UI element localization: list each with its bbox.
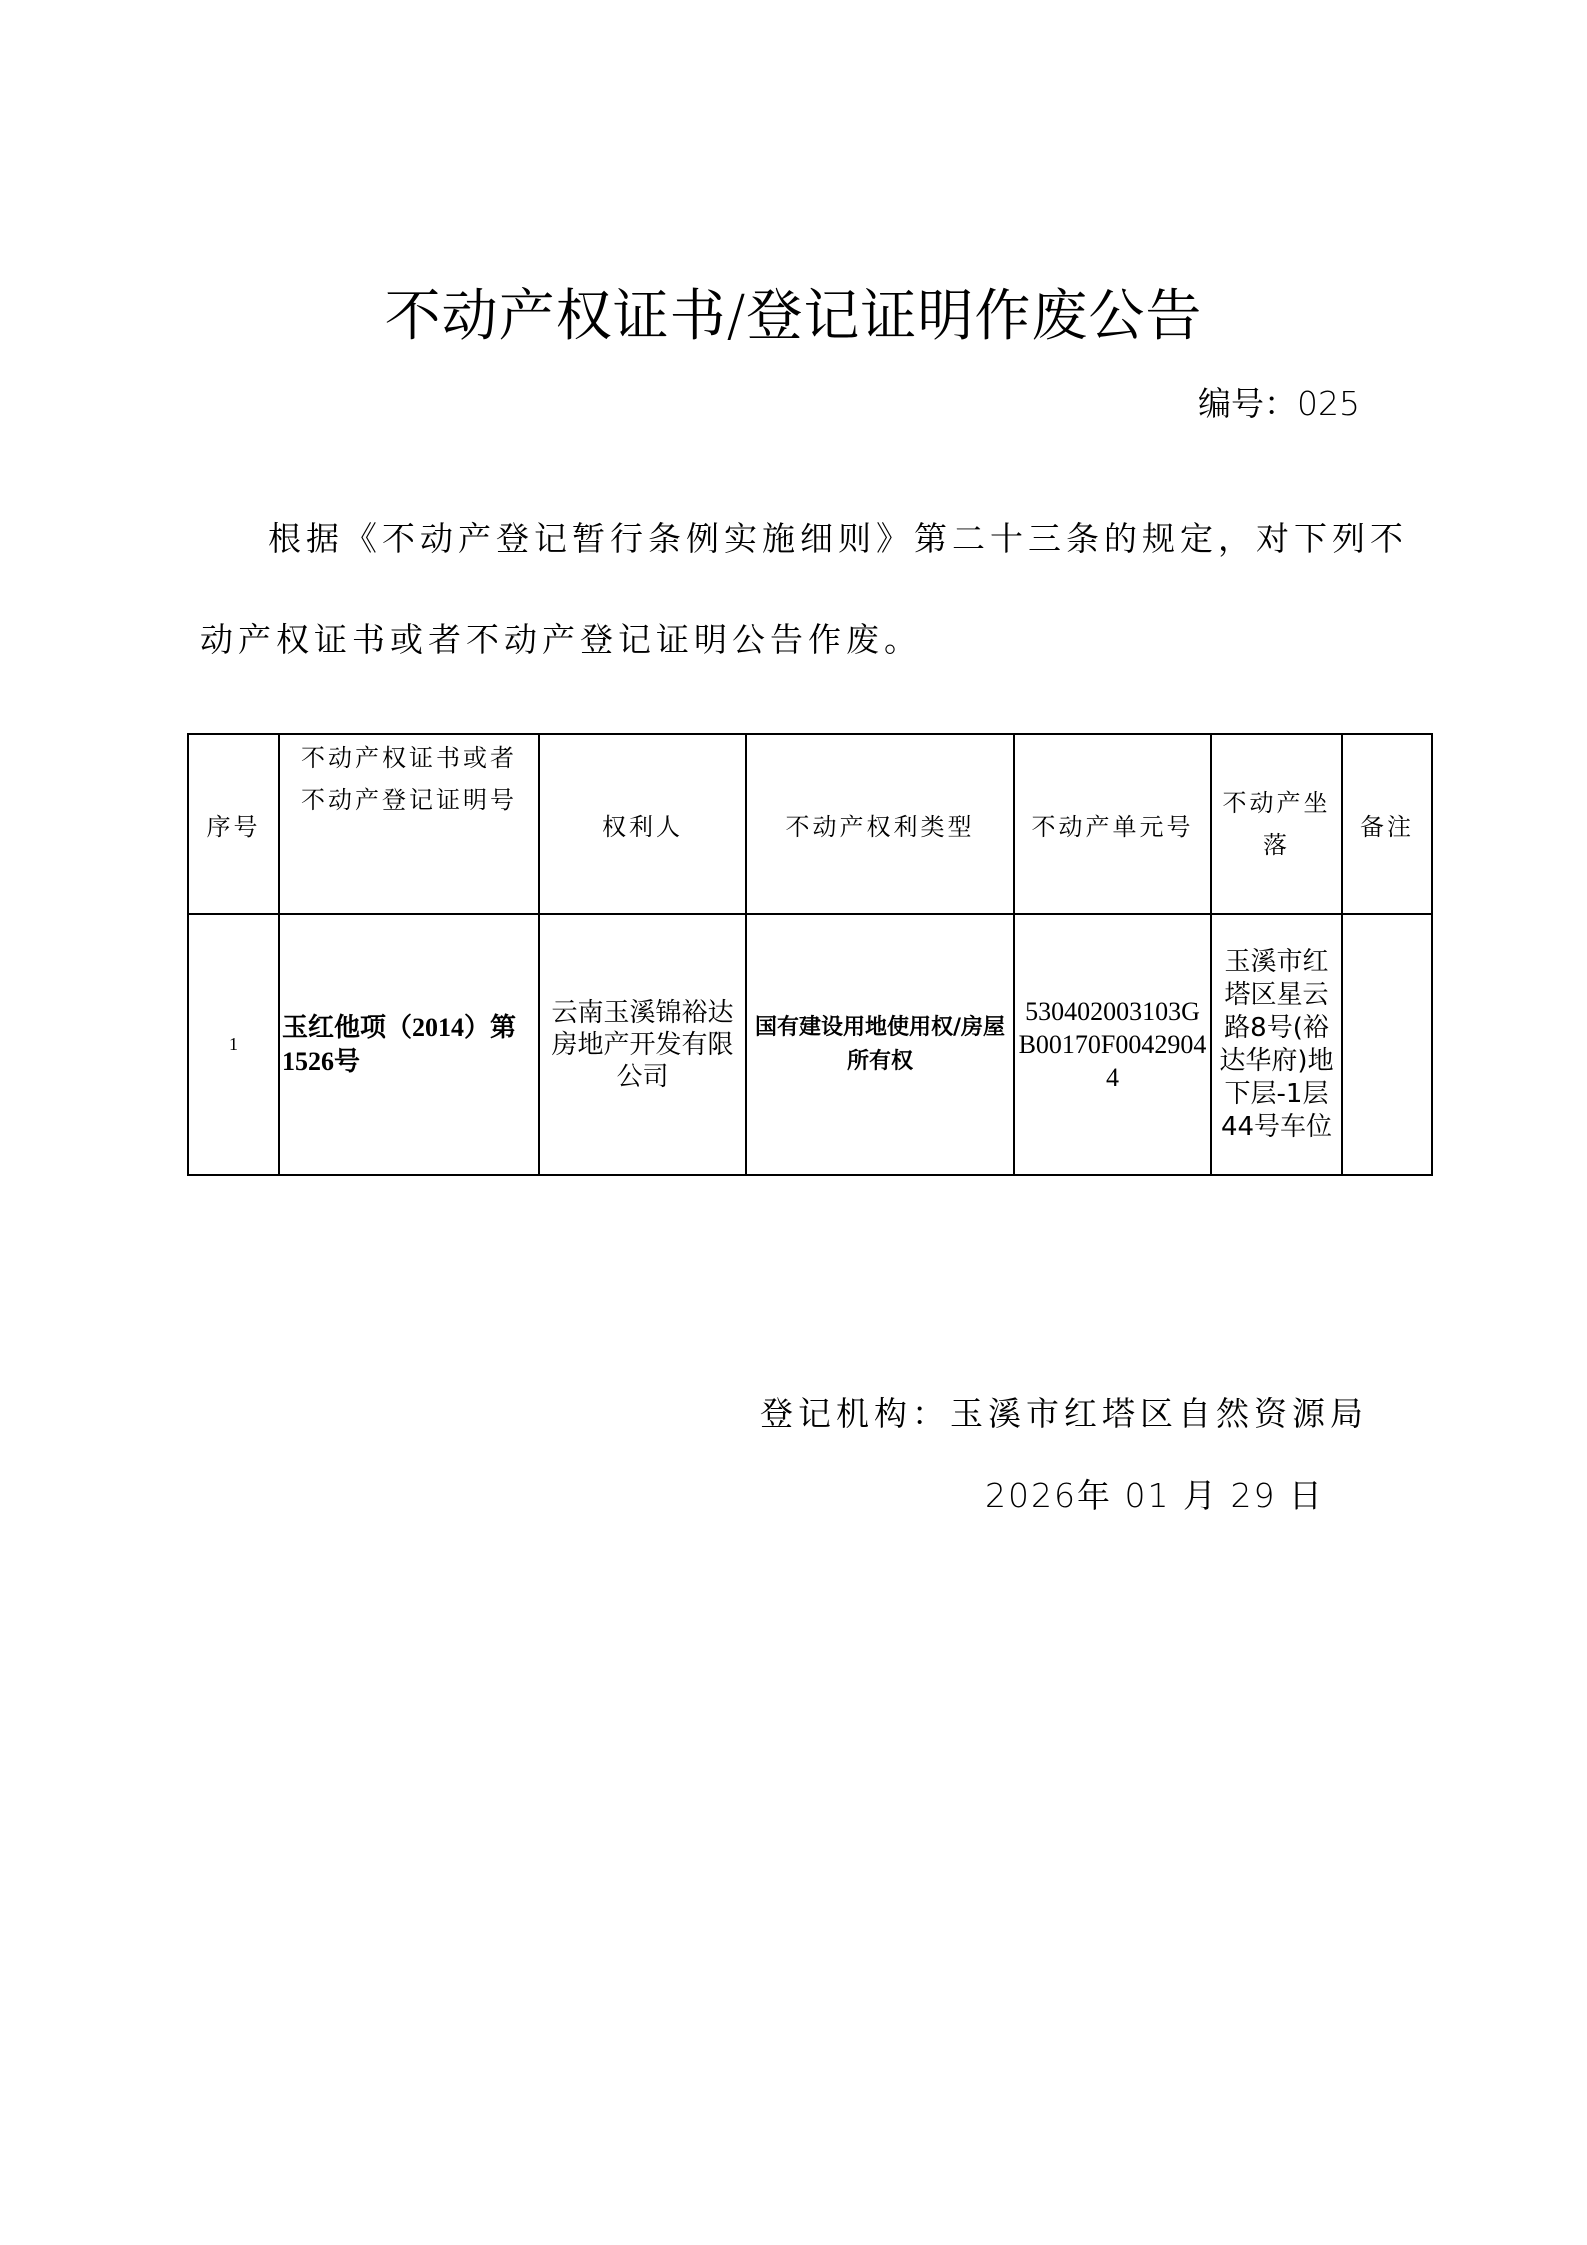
header-seq: 序号: [188, 734, 279, 914]
table-header-row: 序号 不动产权证书或者 不动产登记证明号 权利人 不动产权利类型 不动产单元号 …: [188, 734, 1432, 914]
cell-right-type: 国有建设用地使用权/房屋所有权: [746, 914, 1014, 1175]
cell-location: 玉溪市红塔区星云路8号(裕达华府)地下层-1层44号车位: [1211, 914, 1342, 1175]
document-number: 编号：025: [1198, 378, 1360, 425]
header-location-line2: 落: [1214, 824, 1339, 866]
registration-authority: 登记机构：玉溪市红塔区自然资源局: [760, 1388, 1368, 1435]
header-location-line1: 不动产坐: [1214, 782, 1339, 824]
header-right-type: 不动产权利类型: [746, 734, 1014, 914]
cell-holder: 云南玉溪锦裕达房地产开发有限公司: [539, 914, 746, 1175]
cell-cert-no: 玉红他项（2014）第1526号: [279, 914, 539, 1175]
page-title: 不动产权证书/登记证明作废公告: [0, 272, 1587, 352]
header-cert-line2: 不动产登记证明号: [282, 779, 536, 821]
header-unit-no: 不动产单元号: [1014, 734, 1211, 914]
cell-seq: 1: [188, 914, 279, 1175]
table-row: 1 玉红他项（2014）第1526号 云南玉溪锦裕达房地产开发有限公司 国有建设…: [188, 914, 1432, 1175]
header-cert-no: 不动产权证书或者 不动产登记证明号: [279, 734, 539, 914]
header-remark: 备注: [1342, 734, 1432, 914]
header-holder: 权利人: [539, 734, 746, 914]
cell-unit-no: 530402003103GB00170F00429044: [1014, 914, 1211, 1175]
header-cert-line1: 不动产权证书或者: [282, 737, 536, 779]
cell-remark: [1342, 914, 1432, 1175]
void-certificate-table: 序号 不动产权证书或者 不动产登记证明号 权利人 不动产权利类型 不动产单元号 …: [187, 733, 1433, 1176]
notice-body: 根据《不动产登记暂行条例实施细则》第二十三条的规定，对下列不动产权证书或者不动产…: [200, 488, 1430, 690]
notice-date: 2026年 01 月 29 日: [985, 1470, 1324, 1517]
header-location: 不动产坐 落: [1211, 734, 1342, 914]
